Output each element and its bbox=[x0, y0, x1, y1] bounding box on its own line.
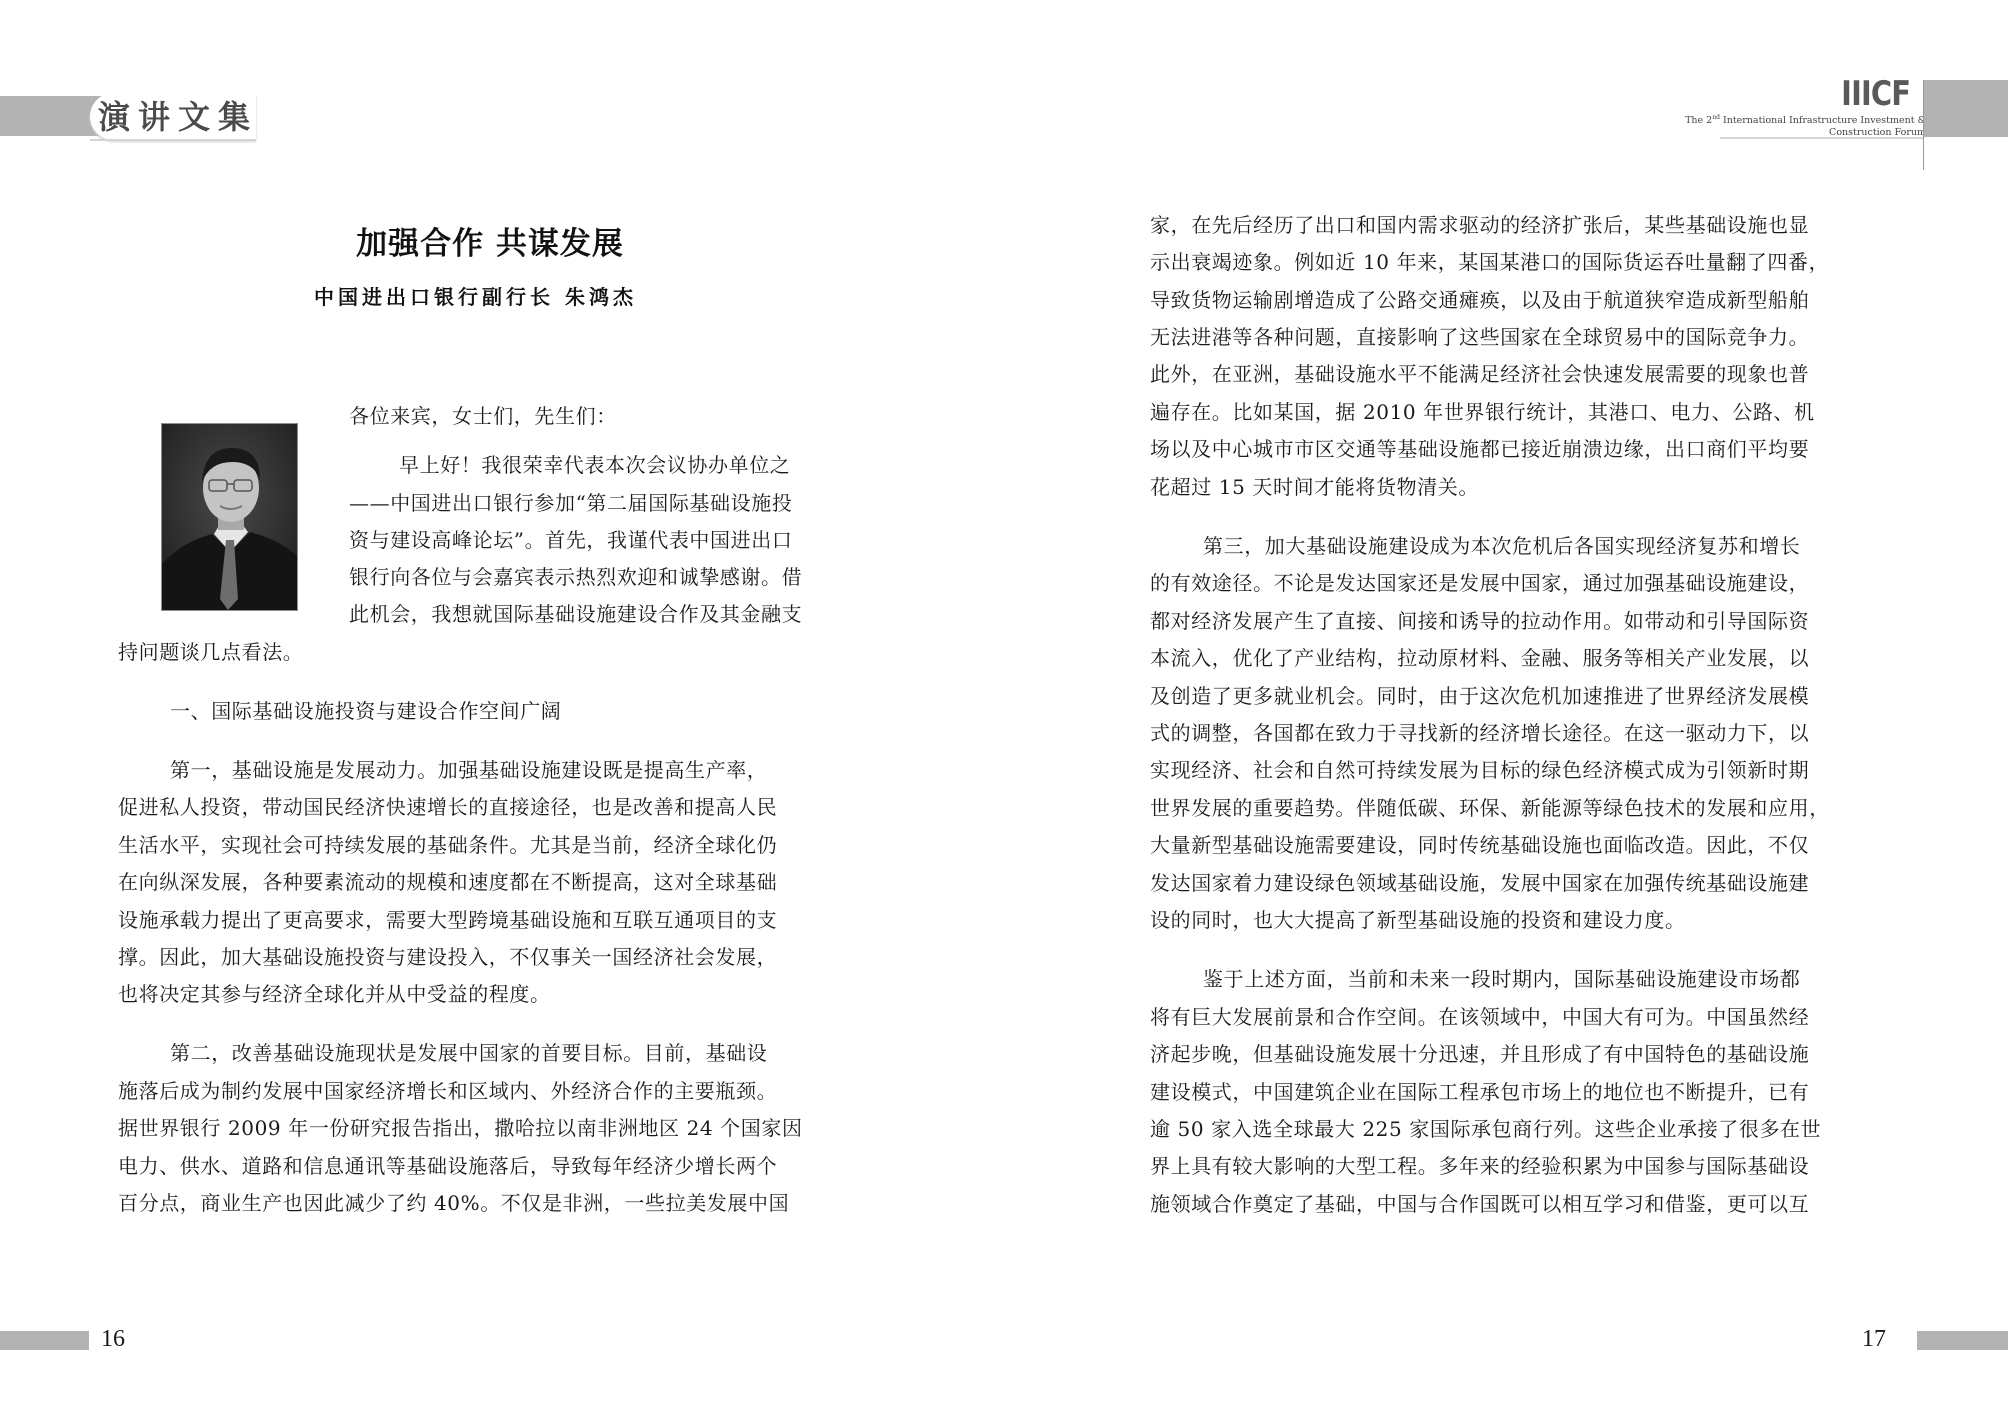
text-line: 花超过 15 天时间才能将货物清关。 bbox=[1150, 469, 1479, 506]
page-number-right: 17 bbox=[1862, 1326, 1886, 1353]
article-title: 加强合作 共谋发展 bbox=[340, 218, 640, 263]
footer-left-bar bbox=[0, 1331, 89, 1350]
text-line: 早上好！我很荣幸代表本次会议协办单位之 bbox=[399, 447, 790, 484]
text-line: 百分点，商业生产也因此减少了约 40%。不仅是非洲，一些拉美发展中国 bbox=[118, 1185, 789, 1222]
text-line: 无法进港等各种问题，直接影响了这些国家在全球贸易中的国际竞争力。 bbox=[1150, 319, 1809, 356]
text-line: 式的调整，各国都在致力于寻找新的经济增长途径。在这一驱动力下，以 bbox=[1150, 715, 1809, 752]
text-line: 电力、供水、道路和信息通讯等基础设施落后，导致每年经济少增长两个 bbox=[118, 1148, 777, 1185]
text-line: 导致货物运输剧增造成了公路交通瘫痪，以及由于航道狭窄造成新型船舶 bbox=[1150, 282, 1809, 319]
text-line: 界上具有较大影响的大型工程。多年来的经验积累为中国参与国际基础设 bbox=[1150, 1148, 1809, 1185]
text-line: 世界发展的重要趋势。伴随低碳、环保、新能源等绿色技术的发展和应用， bbox=[1150, 790, 1830, 827]
subtitle-line1: International Infrastructure Investment … bbox=[1720, 115, 1926, 126]
text-line: 设的同时，也大大提高了新型基础设施的投资和建设力度。 bbox=[1150, 902, 1686, 939]
text-line: 的有效途径。不论是发达国家还是发展中国家，通过加强基础设施建设， bbox=[1150, 565, 1809, 602]
text-line: 持问题谈几点看法。 bbox=[118, 634, 303, 671]
text-line: 大量新型基础设施需要建设，同时传统基础设施也面临改造。因此，不仅 bbox=[1150, 827, 1809, 864]
text-line: 此机会，我想就国际基础设施建设合作及其金融支 bbox=[349, 596, 802, 633]
text-line: 也将决定其参与经济全球化并从中受益的程度。 bbox=[118, 976, 551, 1013]
text-line: 本流入，优化了产业结构，拉动原材料、金融、服务等相关产业发展，以 bbox=[1150, 640, 1809, 677]
text-line: 及创造了更多就业机会。同时，由于这次危机加速推进了世界经济发展模 bbox=[1150, 678, 1809, 715]
header-right-underline bbox=[1720, 137, 1924, 139]
text-line: 发达国家着力建设绿色领域基础设施，发展中国家在加强传统基础设施建 bbox=[1150, 865, 1809, 902]
text-line: 撑。因此，加大基础设施投资与建设投入，不仅事关一国经济社会发展， bbox=[118, 939, 777, 976]
forum-logo: IIICF bbox=[1841, 76, 1910, 112]
text-line: 场以及中心城市市区交通等基础设施都已接近崩溃边缘，出口商们平均要 bbox=[1150, 431, 1809, 468]
footer-right-bar bbox=[1917, 1331, 2008, 1350]
text-line: 示出衰竭迹象。例如近 10 年来，某国某港口的国际货运吞吐量翻了四番， bbox=[1150, 244, 1829, 281]
text-line: 在向纵深发展，各种要素流动的规模和速度都在不断提高，这对全球基础 bbox=[118, 864, 777, 901]
text-line: 家，在先后经历了出口和国内需求驱动的经济扩张后，某些基础设施也显 bbox=[1150, 207, 1809, 244]
forum-subtitle: The 2nd International Infrastructure Inv… bbox=[1646, 112, 1926, 139]
text-line: 银行向各位与会嘉宾表示热烈欢迎和诚挚感谢。借 bbox=[349, 559, 802, 596]
text-line: 施落后成为制约发展中国家经济增长和区域内、外经济合作的主要瓶颈。 bbox=[118, 1073, 777, 1110]
text-line: 第三，加大基础设施建设成为本次危机后各国实现经济复苏和增长 bbox=[1203, 528, 1800, 565]
subtitle-ordinal: nd bbox=[1712, 114, 1720, 121]
text-line: 促进私人投资，带动国民经济快速增长的直接途径，也是改善和提高人民 bbox=[118, 789, 777, 826]
text-line: 都对经济发展产生了直接、间接和诱导的拉动作用。如带动和引导国际资 bbox=[1150, 603, 1809, 640]
text-line: 各位来宾，女士们，先生们： bbox=[349, 398, 617, 435]
section-title: 演讲文集 bbox=[98, 94, 258, 140]
text-line: 逾 50 家入选全球最大 225 家国际承包商行列。这些企业承接了很多在世 bbox=[1150, 1111, 1821, 1148]
text-line: 此外，在亚洲，基础设施水平不能满足经济社会快速发展需要的现象也普 bbox=[1150, 356, 1809, 393]
article-byline: 中国进出口银行副行长 朱鸿杰 bbox=[314, 281, 637, 310]
text-line: 一、国际基础设施投资与建设合作空间广阔 bbox=[170, 693, 561, 730]
page-number-left: 16 bbox=[101, 1326, 125, 1353]
header-right-bar bbox=[1924, 80, 2008, 137]
text-line: 实现经济、社会和自然可持续发展为目标的绿色经济模式成为引领新时期 bbox=[1150, 752, 1809, 789]
speaker-photo bbox=[161, 423, 298, 611]
text-line: 第二，改善基础设施现状是发展中国家的首要目标。目前，基础设 bbox=[170, 1035, 767, 1072]
text-line: 鉴于上述方面，当前和未来一段时期内，国际基础设施建设市场都 bbox=[1203, 961, 1800, 998]
text-line: 施领域合作奠定了基础，中国与合作国既可以相互学习和借鉴，更可以互 bbox=[1150, 1186, 1809, 1223]
text-line: 遍存在。比如某国，据 2010 年世界银行统计，其港口、电力、公路、机 bbox=[1150, 394, 1815, 431]
subtitle-prefix: The 2 bbox=[1685, 115, 1712, 126]
text-line: 将有巨大发展前景和合作空间。在该领域中，中国大有可为。中国虽然经 bbox=[1150, 999, 1809, 1036]
text-line: 据世界银行 2009 年一份研究报告指出，撒哈拉以南非洲地区 24 个国家因 bbox=[118, 1110, 803, 1147]
text-line: 建设模式，中国建筑企业在国际工程承包市场上的地位也不断提升，已有 bbox=[1150, 1074, 1809, 1111]
text-line: 设施承载力提出了更高要求，需要大型跨境基础设施和互联互通项目的支 bbox=[118, 902, 777, 939]
text-line: 生活水平，实现社会可持续发展的基础条件。尤其是当前，经济全球化仍 bbox=[118, 827, 777, 864]
text-line: 第一，基础设施是发展动力。加强基础设施建设既是提高生产率， bbox=[170, 752, 767, 789]
header-left-underline bbox=[90, 139, 256, 141]
text-line: 济起步晚，但基础设施发展十分迅速，并且形成了有中国特色的基础设施 bbox=[1150, 1036, 1809, 1073]
text-line: ——中国进出口银行参加“第二届国际基础设施投 bbox=[349, 485, 792, 522]
portrait-image bbox=[162, 424, 297, 610]
text-line: 资与建设高峰论坛”。首先，我谨代表中国进出口 bbox=[349, 522, 792, 559]
